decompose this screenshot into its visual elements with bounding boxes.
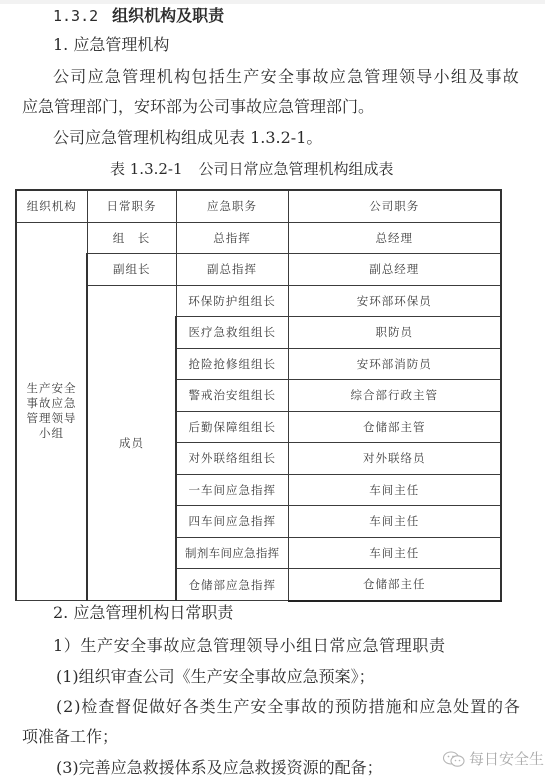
emergency-role-cell: 对外联络组组长	[176, 443, 288, 475]
company-role-cell: 车间主任	[288, 506, 501, 538]
duty-item: (3)完善应急救援体系及应急救援资源的配备；	[56, 758, 383, 778]
table-row: 生产安全事故应急管理领导小组 组 长 总指挥 总经理	[16, 222, 501, 254]
watermark: 每日安全生	[442, 748, 544, 769]
company-role-cell: 车间主任	[288, 474, 501, 506]
emergency-role-cell: 环保防护组组长	[176, 285, 288, 317]
company-role-cell: 安环部环保员	[288, 285, 501, 317]
table-caption: 表 1.3.2-1公司日常应急管理机构组成表	[110, 159, 394, 179]
header-cell: 日常职务	[87, 190, 176, 222]
company-role-cell: 总经理	[288, 222, 501, 254]
org-table-grid: 组织机构 日常职务 应急职务 公司职务 生产安全事故应急管理领导小组 组 长 总…	[15, 189, 502, 602]
header-cell: 公司职务	[288, 190, 501, 222]
item-title: 1）生产安全事故应急管理领导小组日常应急管理职责	[53, 636, 446, 656]
daily-role-cell: 副组长	[87, 254, 176, 286]
org-unit-cell: 生产安全事故应急管理领导小组	[16, 222, 87, 601]
section-number: 1.3.2	[53, 7, 98, 25]
section-heading: 1.3.2组织机构及职责	[53, 6, 224, 26]
daily-role-cell: 组 长	[87, 222, 176, 254]
paragraph-line: 公司应急管理机构包括生产安全事故应急管理领导小组及事故	[53, 67, 520, 87]
members-cell: 成员	[87, 285, 176, 601]
company-role-cell: 对外联络员	[288, 443, 501, 475]
org-unit-label: 生产安全事故应急管理领导小组	[26, 381, 78, 441]
company-role-cell: 职防员	[288, 317, 501, 349]
subsection-title: 2. 应急管理机构日常职责	[53, 603, 233, 623]
emergency-role-cell: 仓储部应急指挥	[176, 569, 288, 601]
section-title: 组织机构及职责	[112, 6, 224, 25]
paragraph: 公司应急管理机构组成见表 1.3.2-1。	[53, 128, 322, 148]
duty-item-continued: 项准备工作；	[22, 727, 118, 747]
header-cell: 应急职务	[176, 190, 288, 222]
company-role-cell: 副总经理	[288, 254, 501, 286]
emergency-role-cell: 后勤保障组组长	[176, 411, 288, 443]
duty-item: (1)组织审查公司《生产安全事故应急预案》；	[56, 667, 375, 687]
emergency-role-cell: 抢险抢修组组长	[176, 348, 288, 380]
emergency-role-cell: 医疗急救组组长	[176, 317, 288, 349]
company-role-cell: 综合部行政主管	[288, 380, 501, 412]
table-caption-title: 公司日常应急管理机构组成表	[199, 160, 394, 178]
company-role-cell: 仓储部主任	[288, 569, 501, 601]
watermark-text: 每日安全生	[469, 748, 544, 769]
table-row: 成员 环保防护组组长 安环部环保员	[16, 285, 501, 317]
company-role-cell: 车间主任	[288, 537, 501, 569]
table-header-row: 组织机构 日常职务 应急职务 公司职务	[16, 190, 501, 222]
paragraph-line: 应急管理部门，安环部为公司事故应急管理部门。	[22, 97, 374, 117]
duty-item: (2)检查督促做好各类生产安全事故的预防措施和应急处置的各	[56, 697, 521, 717]
header-cell: 组织机构	[16, 190, 87, 222]
emergency-role-cell: 四车间应急指挥	[176, 506, 288, 538]
table-row: 副组长 副总指挥 副总经理	[16, 254, 501, 286]
top-band	[0, 0, 545, 4]
emergency-role-cell: 总指挥	[176, 222, 288, 254]
emergency-role-cell: 警戒治安组组长	[176, 380, 288, 412]
emergency-role-cell: 一车间应急指挥	[176, 474, 288, 506]
emergency-role-cell: 副总指挥	[176, 254, 288, 286]
subsection-title: 1. 应急管理机构	[53, 35, 169, 55]
company-role-cell: 仓储部主管	[288, 411, 501, 443]
org-table: 组织机构 日常职务 应急职务 公司职务 生产安全事故应急管理领导小组 组 长 总…	[15, 189, 499, 601]
table-caption-number: 表 1.3.2-1	[110, 160, 183, 178]
wechat-icon	[442, 750, 466, 768]
emergency-role-cell: 制剂车间应急指挥	[176, 537, 288, 569]
company-role-cell: 安环部消防员	[288, 348, 501, 380]
